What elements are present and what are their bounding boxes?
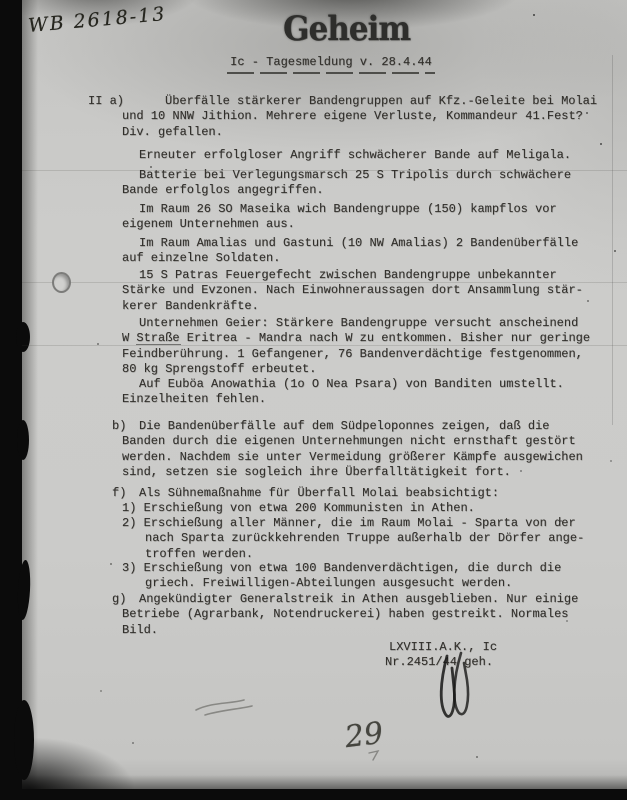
paragraph: 15 S Patras Feuergefecht zwischen Banden… xyxy=(122,268,614,314)
pen-underline xyxy=(136,344,181,345)
body-line: und 10 NNW Jithion. Mehrere eigene Verlu… xyxy=(122,109,614,124)
hole-punch xyxy=(52,272,71,293)
body-line: Unternehmen Geier: Stärkere Bandengruppe… xyxy=(122,316,614,331)
body-line: kerer Bandenkräfte. xyxy=(122,299,614,314)
list-item: 1) Erschießung von etwa 200 Kommunisten … xyxy=(122,501,614,516)
classification-stamp: Geheim xyxy=(283,10,410,49)
paragraph: Batterie bei Verlegungsmarsch 25 S Tripo… xyxy=(122,168,614,199)
signature-block: LXVIII.A.K., Ic Nr.2451/44 geh. xyxy=(385,640,497,671)
scan-noise xyxy=(0,0,2,2)
list-item: 2) Erschießung aller Männer, die im Raum… xyxy=(122,516,614,562)
signature-reference: Nr.2451/44 geh. xyxy=(385,655,497,670)
body-line: eigenem Unternehmen aus. xyxy=(122,217,614,232)
body-line: Im Raum 26 SO Maseika wich Bandengruppe … xyxy=(122,202,614,217)
body-line: Überfälle stärkerer Bandengruppen auf Kf… xyxy=(122,94,614,109)
body-line: Betriebe (Agrarbank, Notendruckerei) hab… xyxy=(122,607,614,622)
body-line: auf einzelne Soldaten. xyxy=(122,251,614,266)
body-line: 80 kg Sprengstoff erbeutet. xyxy=(122,362,614,377)
body-line: Feindberührung. 1 Gefangener, 76 Bandenv… xyxy=(122,347,614,362)
handwritten-page-number: 29 xyxy=(343,716,385,755)
body-line: Bild. xyxy=(122,623,614,638)
body-line: Angekündigter Generalstreik in Athen aus… xyxy=(122,592,614,607)
paragraph: Unternehmen Geier: Stärkere Bandengruppe… xyxy=(122,316,614,377)
paragraph: Im Raum 26 SO Maseika wich Bandengruppe … xyxy=(122,202,614,233)
body-line: 2) Erschießung aller Männer, die im Raum… xyxy=(122,516,614,531)
body-line: Einzelheiten fehlen. xyxy=(122,392,614,407)
body-line: troffen werden. xyxy=(122,547,614,562)
torn-edge xyxy=(14,700,34,780)
body-line: 15 S Patras Feuergefecht zwischen Banden… xyxy=(122,268,614,283)
paragraph: Auf Euböa Anowathia (1o O Nea Psara) von… xyxy=(122,377,614,408)
body-line: Im Raum Amalias und Gastuni (10 NW Amali… xyxy=(122,236,614,251)
section-label-IIa: II a) xyxy=(88,94,124,109)
body-line: Die Bandenüberfälle auf dem Südpeloponne… xyxy=(122,419,614,434)
body-line: werden. Nachdem sie unter Vermeidung grö… xyxy=(122,450,614,465)
title-underline xyxy=(227,72,435,74)
body-line: 3) Erschießung von etwa 100 Bandenverdäc… xyxy=(122,561,614,576)
torn-edge xyxy=(16,322,30,352)
paragraph: Angekündigter Generalstreik in Athen aus… xyxy=(122,592,614,638)
body-line: sind, setzen sie sogleich ihre Überfallt… xyxy=(122,465,614,480)
list-item: 3) Erschießung von etwa 100 Bandenverdäc… xyxy=(122,561,614,592)
body-line: Bande erfolglos angegriffen. xyxy=(122,183,614,198)
body-line: Erneuter erfolgloser Angriff schwächerer… xyxy=(122,148,614,163)
paragraph: Überfälle stärkerer Bandengruppen auf Kf… xyxy=(122,94,614,140)
paragraph: Die Bandenüberfälle auf dem Südpeloponne… xyxy=(122,419,614,480)
report-title: Ic - Tagesmeldung v. 28.4.44 xyxy=(227,55,435,70)
body-line: Div. gefallen. xyxy=(122,125,614,140)
paragraph: Erneuter erfolgloser Angriff schwächerer… xyxy=(122,148,614,163)
body-line: griech. Freiwilligen-Abteilungen ausgesu… xyxy=(122,576,614,591)
torn-edge xyxy=(17,420,29,460)
body-line: Auf Euböa Anowathia (1o O Nea Psara) von… xyxy=(122,377,614,392)
body-line: Als Sühnemaßnahme für Überfall Molai bea… xyxy=(122,486,614,501)
body-line: nach Sparta zurückkehrenden Truppe außer… xyxy=(122,531,614,546)
paragraph: Im Raum Amalias und Gastuni (10 NW Amali… xyxy=(122,236,614,267)
body-line: Stärke und Evzonen. Nach Einwohneraussag… xyxy=(122,283,614,298)
body-line: 1) Erschießung von etwa 200 Kommunisten … xyxy=(122,501,614,516)
body-line: W Straße Eritrea - Mandra nach W zu entk… xyxy=(122,331,614,346)
body-line: Batterie bei Verlegungsmarsch 25 S Tripo… xyxy=(122,168,614,183)
scanned-document-page: WB 2618-13 Geheim Ic - Tagesmeldung v. 2… xyxy=(0,0,627,800)
paragraph: Als Sühnemaßnahme für Überfall Molai bea… xyxy=(122,486,614,501)
body-line: Banden durch die eigenen Unternehmungen … xyxy=(122,434,614,449)
signature-unit: LXVIII.A.K., Ic xyxy=(385,640,497,655)
